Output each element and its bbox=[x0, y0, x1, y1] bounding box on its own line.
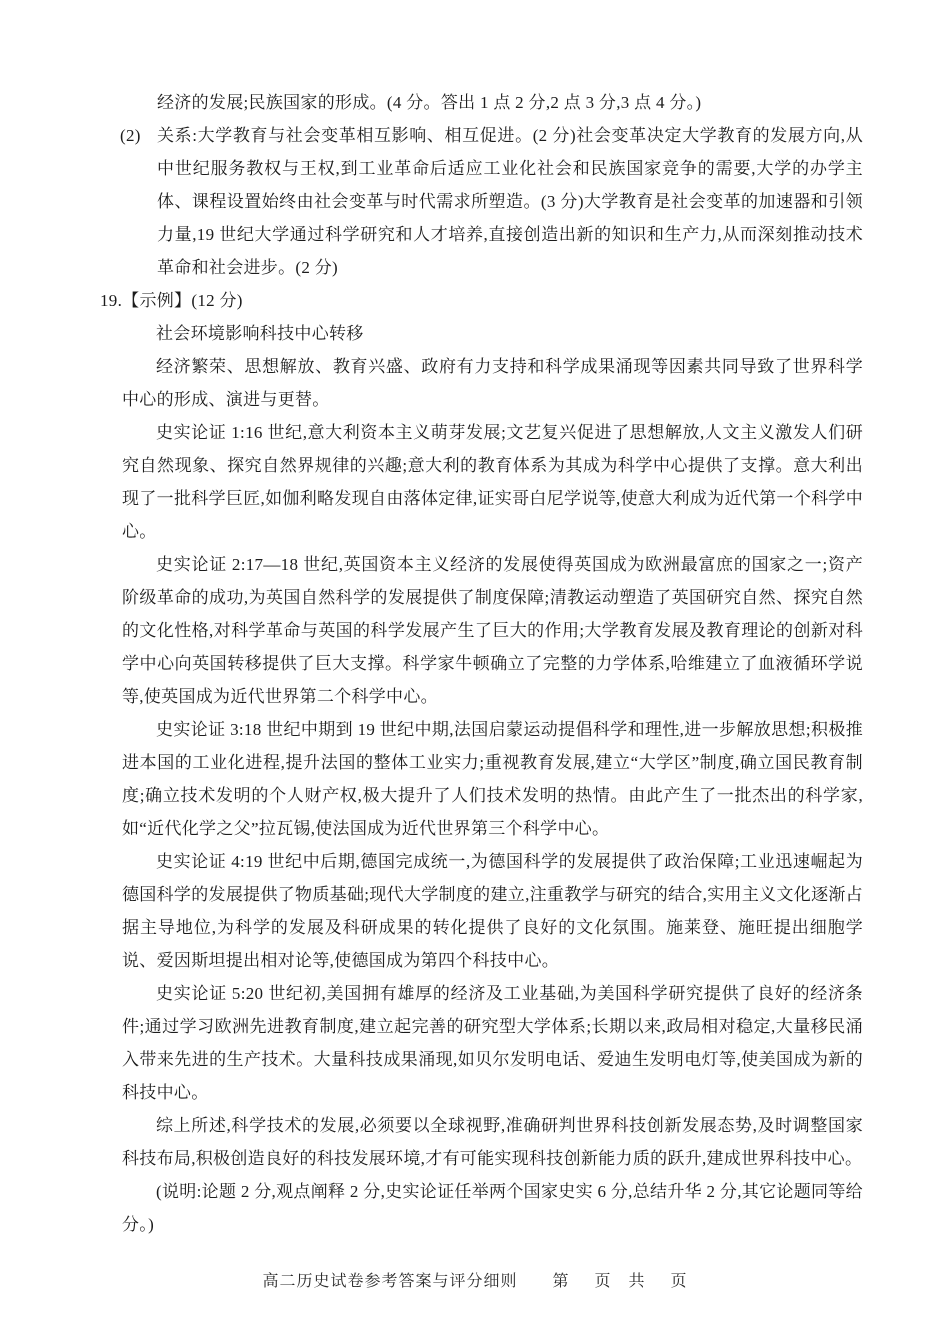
essay-paragraph-evidence-4: 史实论证 4:19 世纪中后期,德国完成统一,为德国科学的发展提供了政治保障;工… bbox=[122, 845, 863, 977]
essay-paragraph-grading-note: (说明:论题 2 分,观点阐释 2 分,史实论证任举两个国家史实 6 分,总结升… bbox=[122, 1175, 863, 1241]
footer-page-number-slot: 页 bbox=[594, 1273, 611, 1290]
footer-title: 高二历史试卷参考答案与评分细则 bbox=[262, 1273, 517, 1290]
answer-sheet-body: 经济的发展;民族国家的形成。(4 分。答出 1 点 2 分,2 点 3 分,3 … bbox=[100, 86, 863, 1241]
document-page: 经济的发展;民族国家的形成。(4 分。答出 1 点 2 分,2 点 3 分,3 … bbox=[0, 0, 950, 1344]
sub-item-2-text: 关系:大学教育与社会变革相互影响、相互促进。(2 分)社会变革决定大学教育的发展… bbox=[157, 126, 863, 277]
item-19-number: 19. bbox=[100, 291, 122, 310]
item-19-label: 【示例】(12 分) bbox=[122, 291, 243, 310]
page-footer: 高二历史试卷参考答案与评分细则 第 页 共 页 bbox=[0, 1270, 950, 1294]
footer-total-pages-slot: 页 bbox=[671, 1273, 688, 1290]
answer-line-continuation: 经济的发展;民族国家的形成。(4 分。答出 1 点 2 分,2 点 3 分,3 … bbox=[100, 86, 863, 119]
item-19-answer: 社会环境影响科技中心转移 经济繁荣、思想解放、教育兴盛、政府有力支持和科学成果涌… bbox=[122, 317, 863, 1241]
essay-paragraph-evidence-5: 史实论证 5:20 世纪初,美国拥有雄厚的经济及工业基础,为美国科学研究提供了良… bbox=[122, 977, 863, 1109]
item-19-heading: 19.【示例】(12 分) bbox=[100, 284, 863, 317]
sub-item-2: (2) 关系:大学教育与社会变革相互影响、相互促进。(2 分)社会变革决定大学教… bbox=[100, 119, 863, 284]
essay-paragraph-evidence-2: 史实论证 2:17—18 世纪,英国资本主义经济的发展使得英国成为欧洲最富庶的国… bbox=[122, 548, 863, 713]
essay-paragraph-viewpoint: 经济繁荣、思想解放、教育兴盛、政府有力支持和科学成果涌现等因素共同导致了世界科学… bbox=[122, 350, 863, 416]
essay-thesis: 社会环境影响科技中心转移 bbox=[122, 317, 863, 350]
essay-paragraph-conclusion: 综上所述,科学技术的发展,必须要以全球视野,准确研判世界科技创新发展态势,及时调… bbox=[122, 1109, 863, 1175]
sub-item-2-marker: (2) bbox=[120, 119, 141, 152]
essay-paragraph-evidence-3: 史实论证 3:18 世纪中期到 19 世纪中期,法国启蒙运动提倡科学和理性,进一… bbox=[122, 713, 863, 845]
footer-page-prefix: 第 bbox=[552, 1273, 569, 1290]
essay-paragraph-evidence-1: 史实论证 1:16 世纪,意大利资本主义萌芽发展;文艺复兴促进了思想解放,人文主… bbox=[122, 416, 863, 548]
footer-of-label: 共 bbox=[629, 1273, 646, 1290]
